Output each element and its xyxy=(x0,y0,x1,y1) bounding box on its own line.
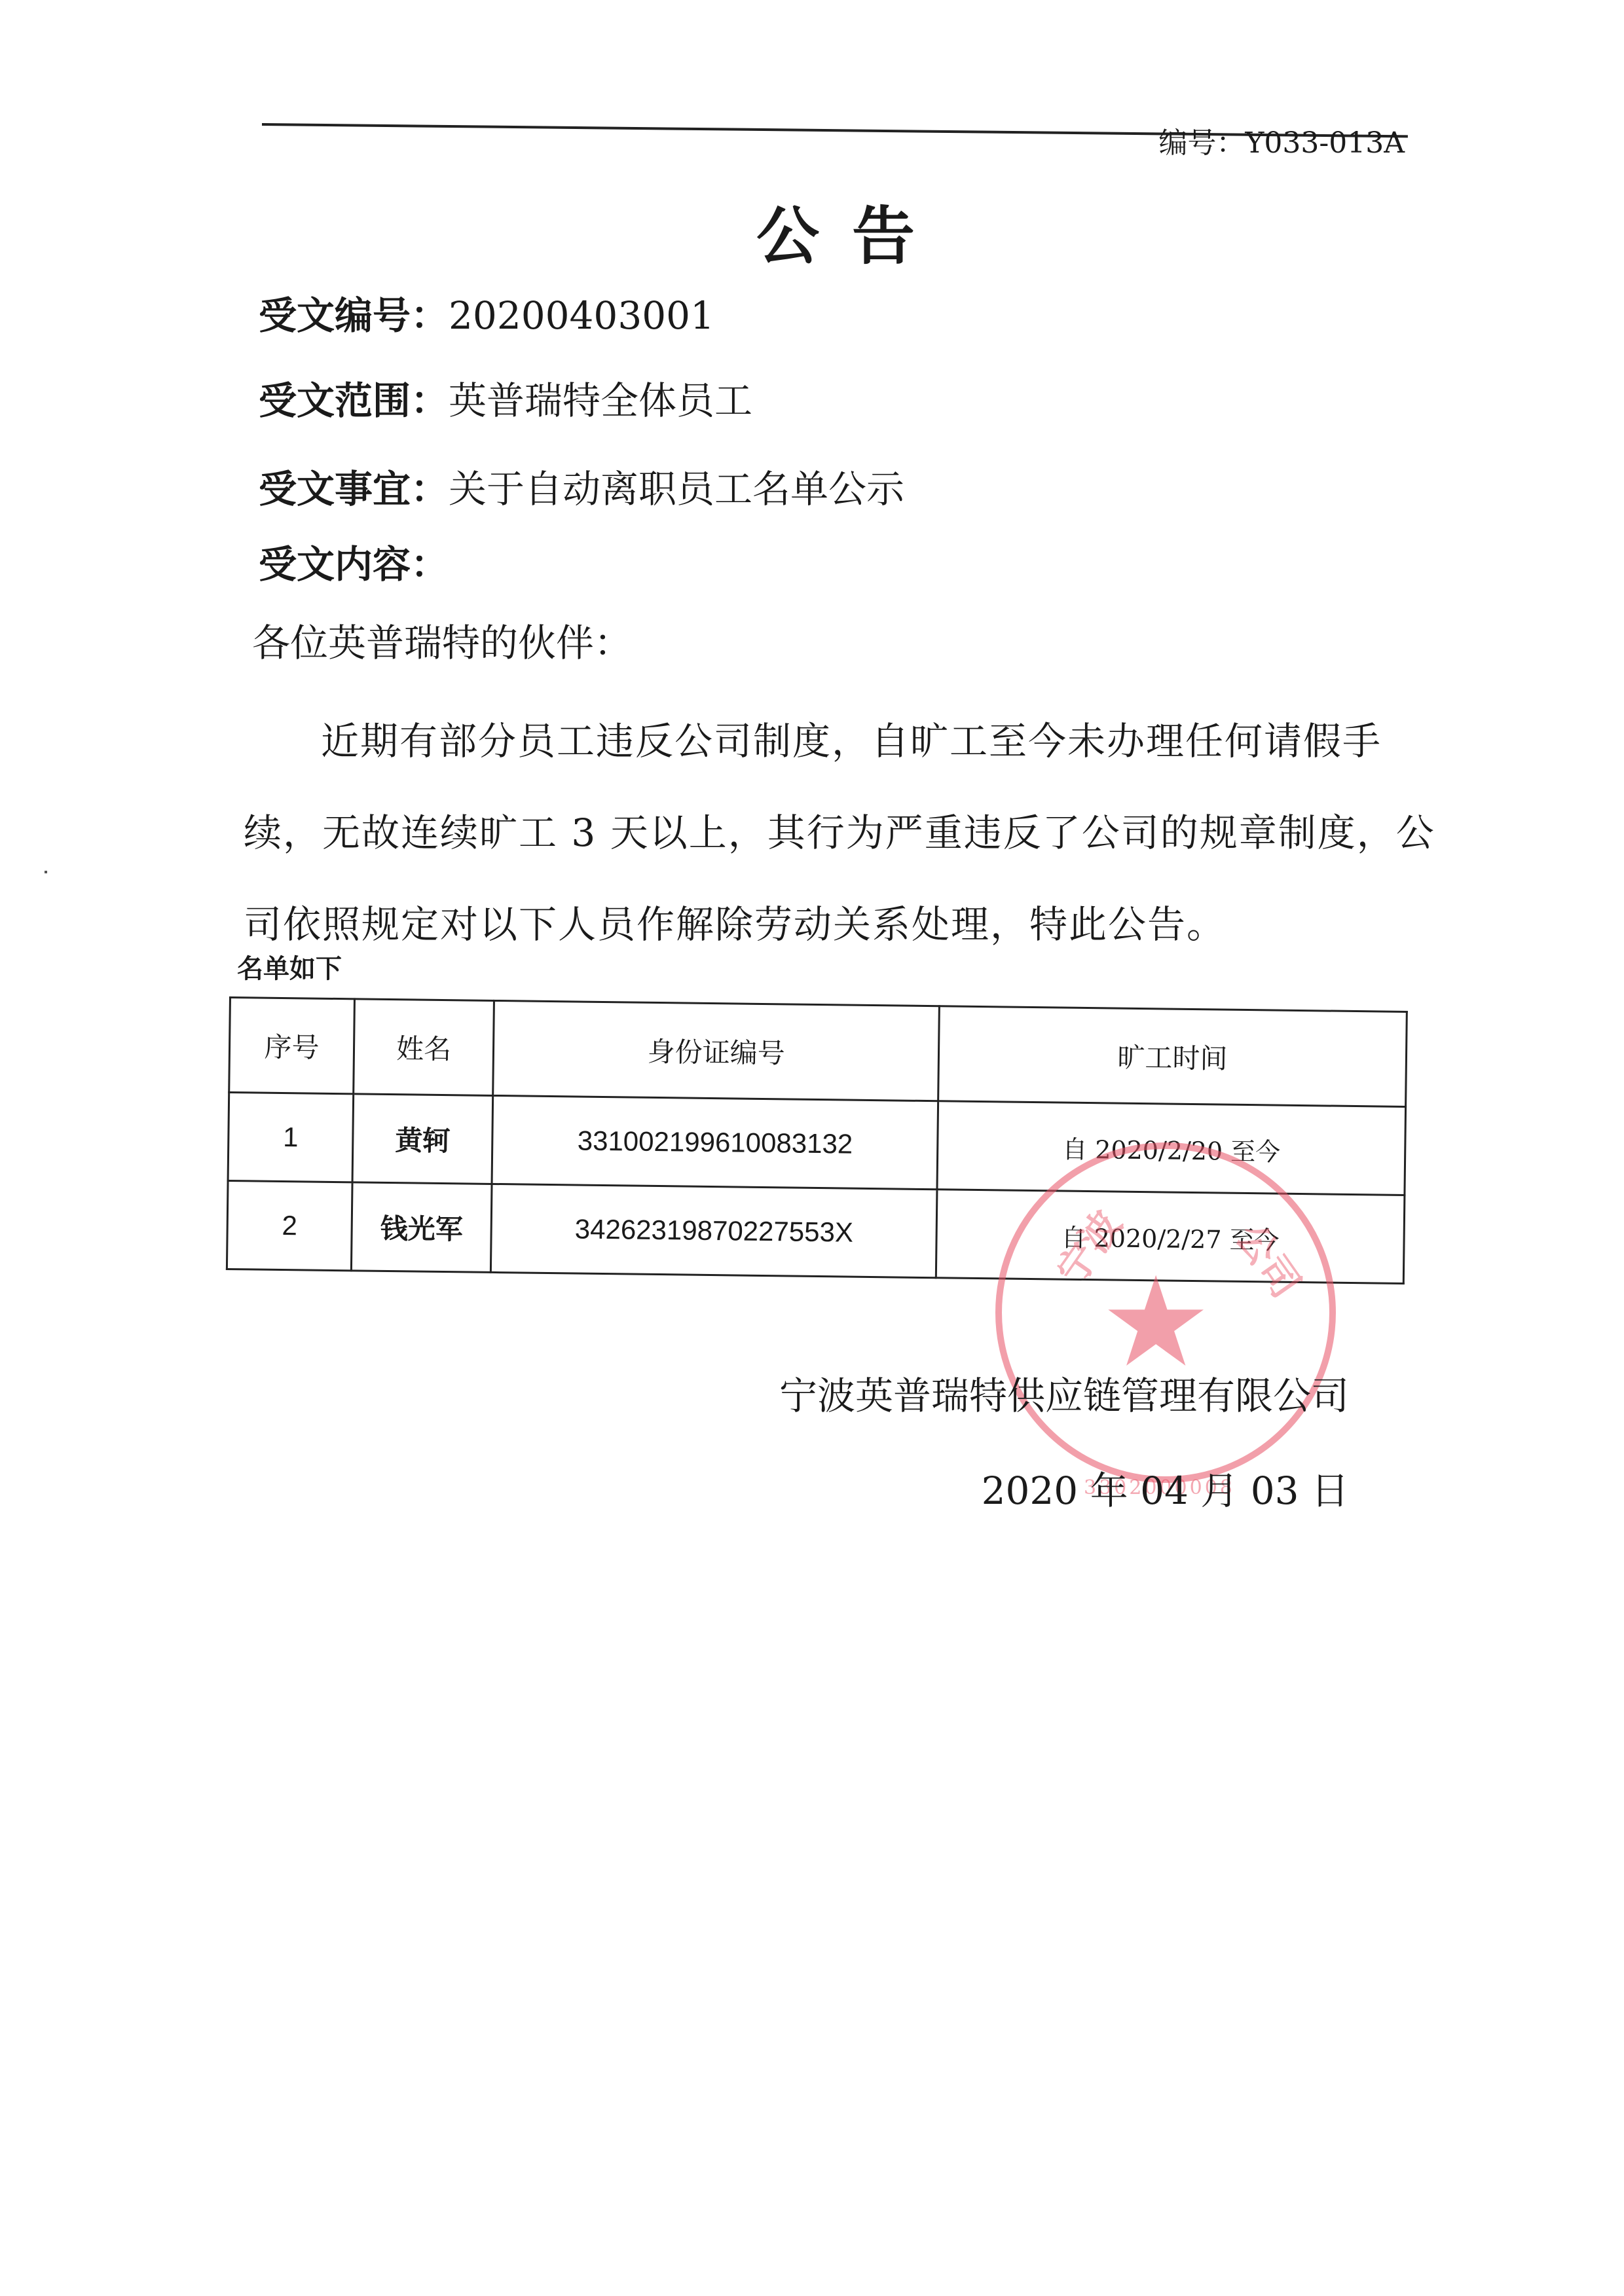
cell-id: 34262319870227553X xyxy=(491,1184,937,1277)
cell-number: 2 xyxy=(227,1180,352,1270)
field-scope: 受文范围：英普瑞特全体员工 xyxy=(259,370,752,425)
field-doc-number: 受文编号：20200403001 xyxy=(259,285,714,340)
field-label: 受文内容： xyxy=(259,542,449,587)
field-subject: 受文事宜：关于自动离职员工名单公示 xyxy=(259,458,904,513)
paragraph-line-2: 续，无故连续旷工 3 天以上，其行为严重违反了公司的规章制度，公 xyxy=(244,802,1435,857)
scan-speck xyxy=(45,871,47,873)
column-header-number: 序号 xyxy=(229,998,355,1094)
signature-date: 2020 年 04 月 03 日 xyxy=(982,1460,1349,1515)
paragraph-line-3: 司依照规定对以下人员作解除劳动关系处理，特此公告。 xyxy=(244,894,1226,949)
cell-id: 331002199610083132 xyxy=(492,1095,938,1189)
cell-name: 钱光军 xyxy=(351,1182,492,1273)
document-code-label: 编号： xyxy=(1158,126,1245,160)
cell-name: 黄轲 xyxy=(352,1094,493,1184)
field-label: 受文事宜： xyxy=(259,467,449,511)
field-value: 关于自动离职员工名单公示 xyxy=(449,467,904,511)
field-content: 受文内容： xyxy=(259,534,449,589)
column-header-name: 姓名 xyxy=(354,999,494,1096)
list-title: 名单如下 xyxy=(237,948,342,985)
paragraph-line-1: 近期有部分员工违反公司制度，自旷工至今未办理任何请假手 xyxy=(321,710,1382,765)
document-code-value: Y033-013A xyxy=(1245,126,1405,160)
document-code: 编号：Y033-013A xyxy=(1158,119,1405,161)
column-header-id: 身份证编号 xyxy=(493,1000,939,1101)
table-header-row: 序号 姓名 身份证编号 旷工时间 xyxy=(229,998,1407,1107)
greeting: 各位英普瑞特的伙伴： xyxy=(252,612,632,667)
cell-number: 1 xyxy=(228,1093,354,1182)
page-title: 公告 xyxy=(756,187,948,276)
field-label: 受文范围： xyxy=(259,378,449,423)
field-value: 英普瑞特全体员工 xyxy=(449,378,752,423)
field-value: 20200403001 xyxy=(449,293,714,338)
column-header-absence: 旷工时间 xyxy=(938,1006,1407,1107)
field-label: 受文编号： xyxy=(259,293,449,338)
signature-company: 宁波英普瑞特供应链管理有限公司 xyxy=(779,1365,1349,1420)
